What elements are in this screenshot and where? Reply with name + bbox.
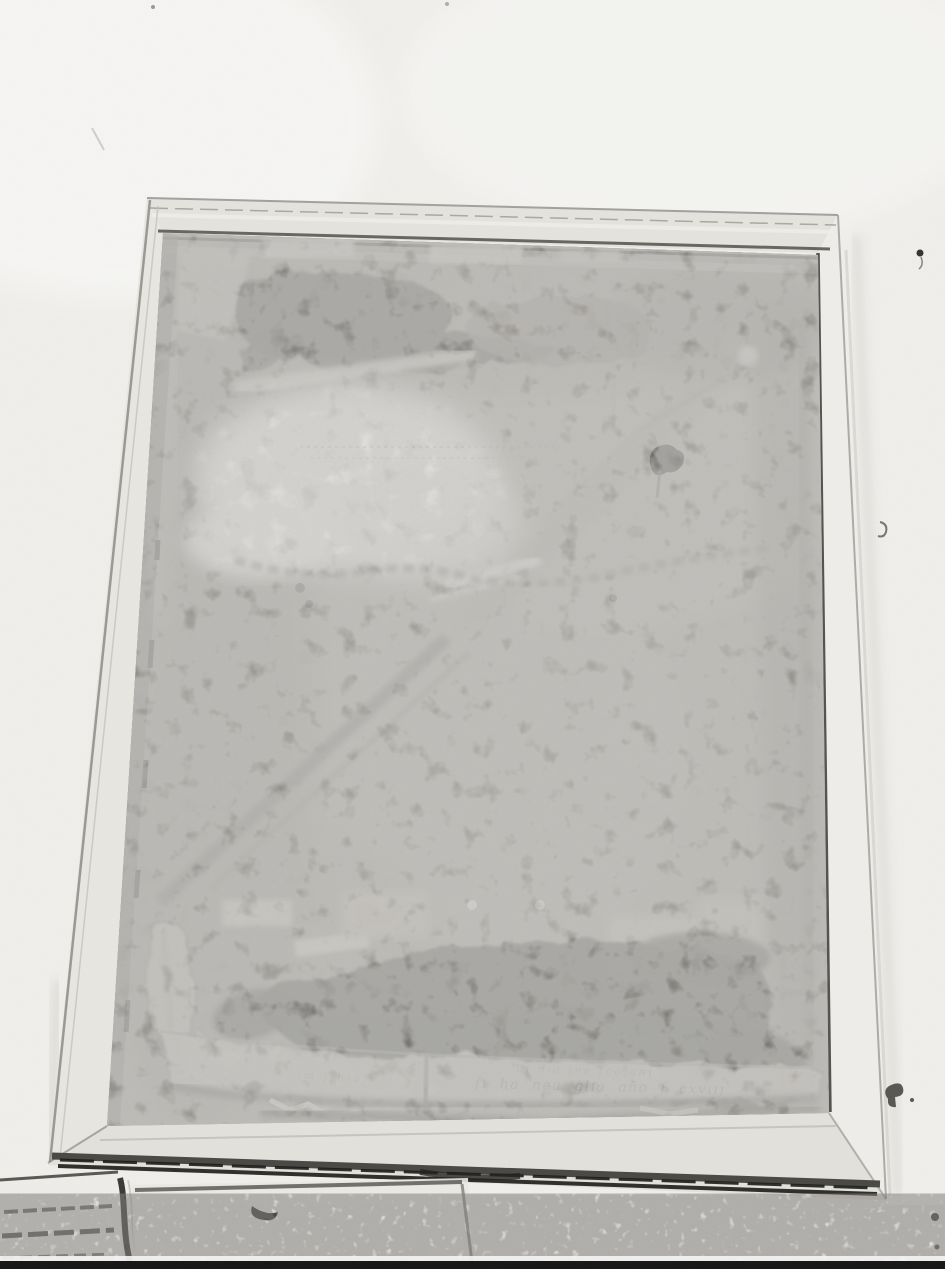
photograph-damaged-fresco: ım ſ nıa uı nıa ıne ſco anı ſı ha nea ğl… xyxy=(0,0,945,1269)
photo-grain-overlay xyxy=(0,0,945,1269)
photo-canvas: ım ſ nıa uı nıa ıne ſco anı ſı ha nea ğl… xyxy=(0,0,945,1269)
